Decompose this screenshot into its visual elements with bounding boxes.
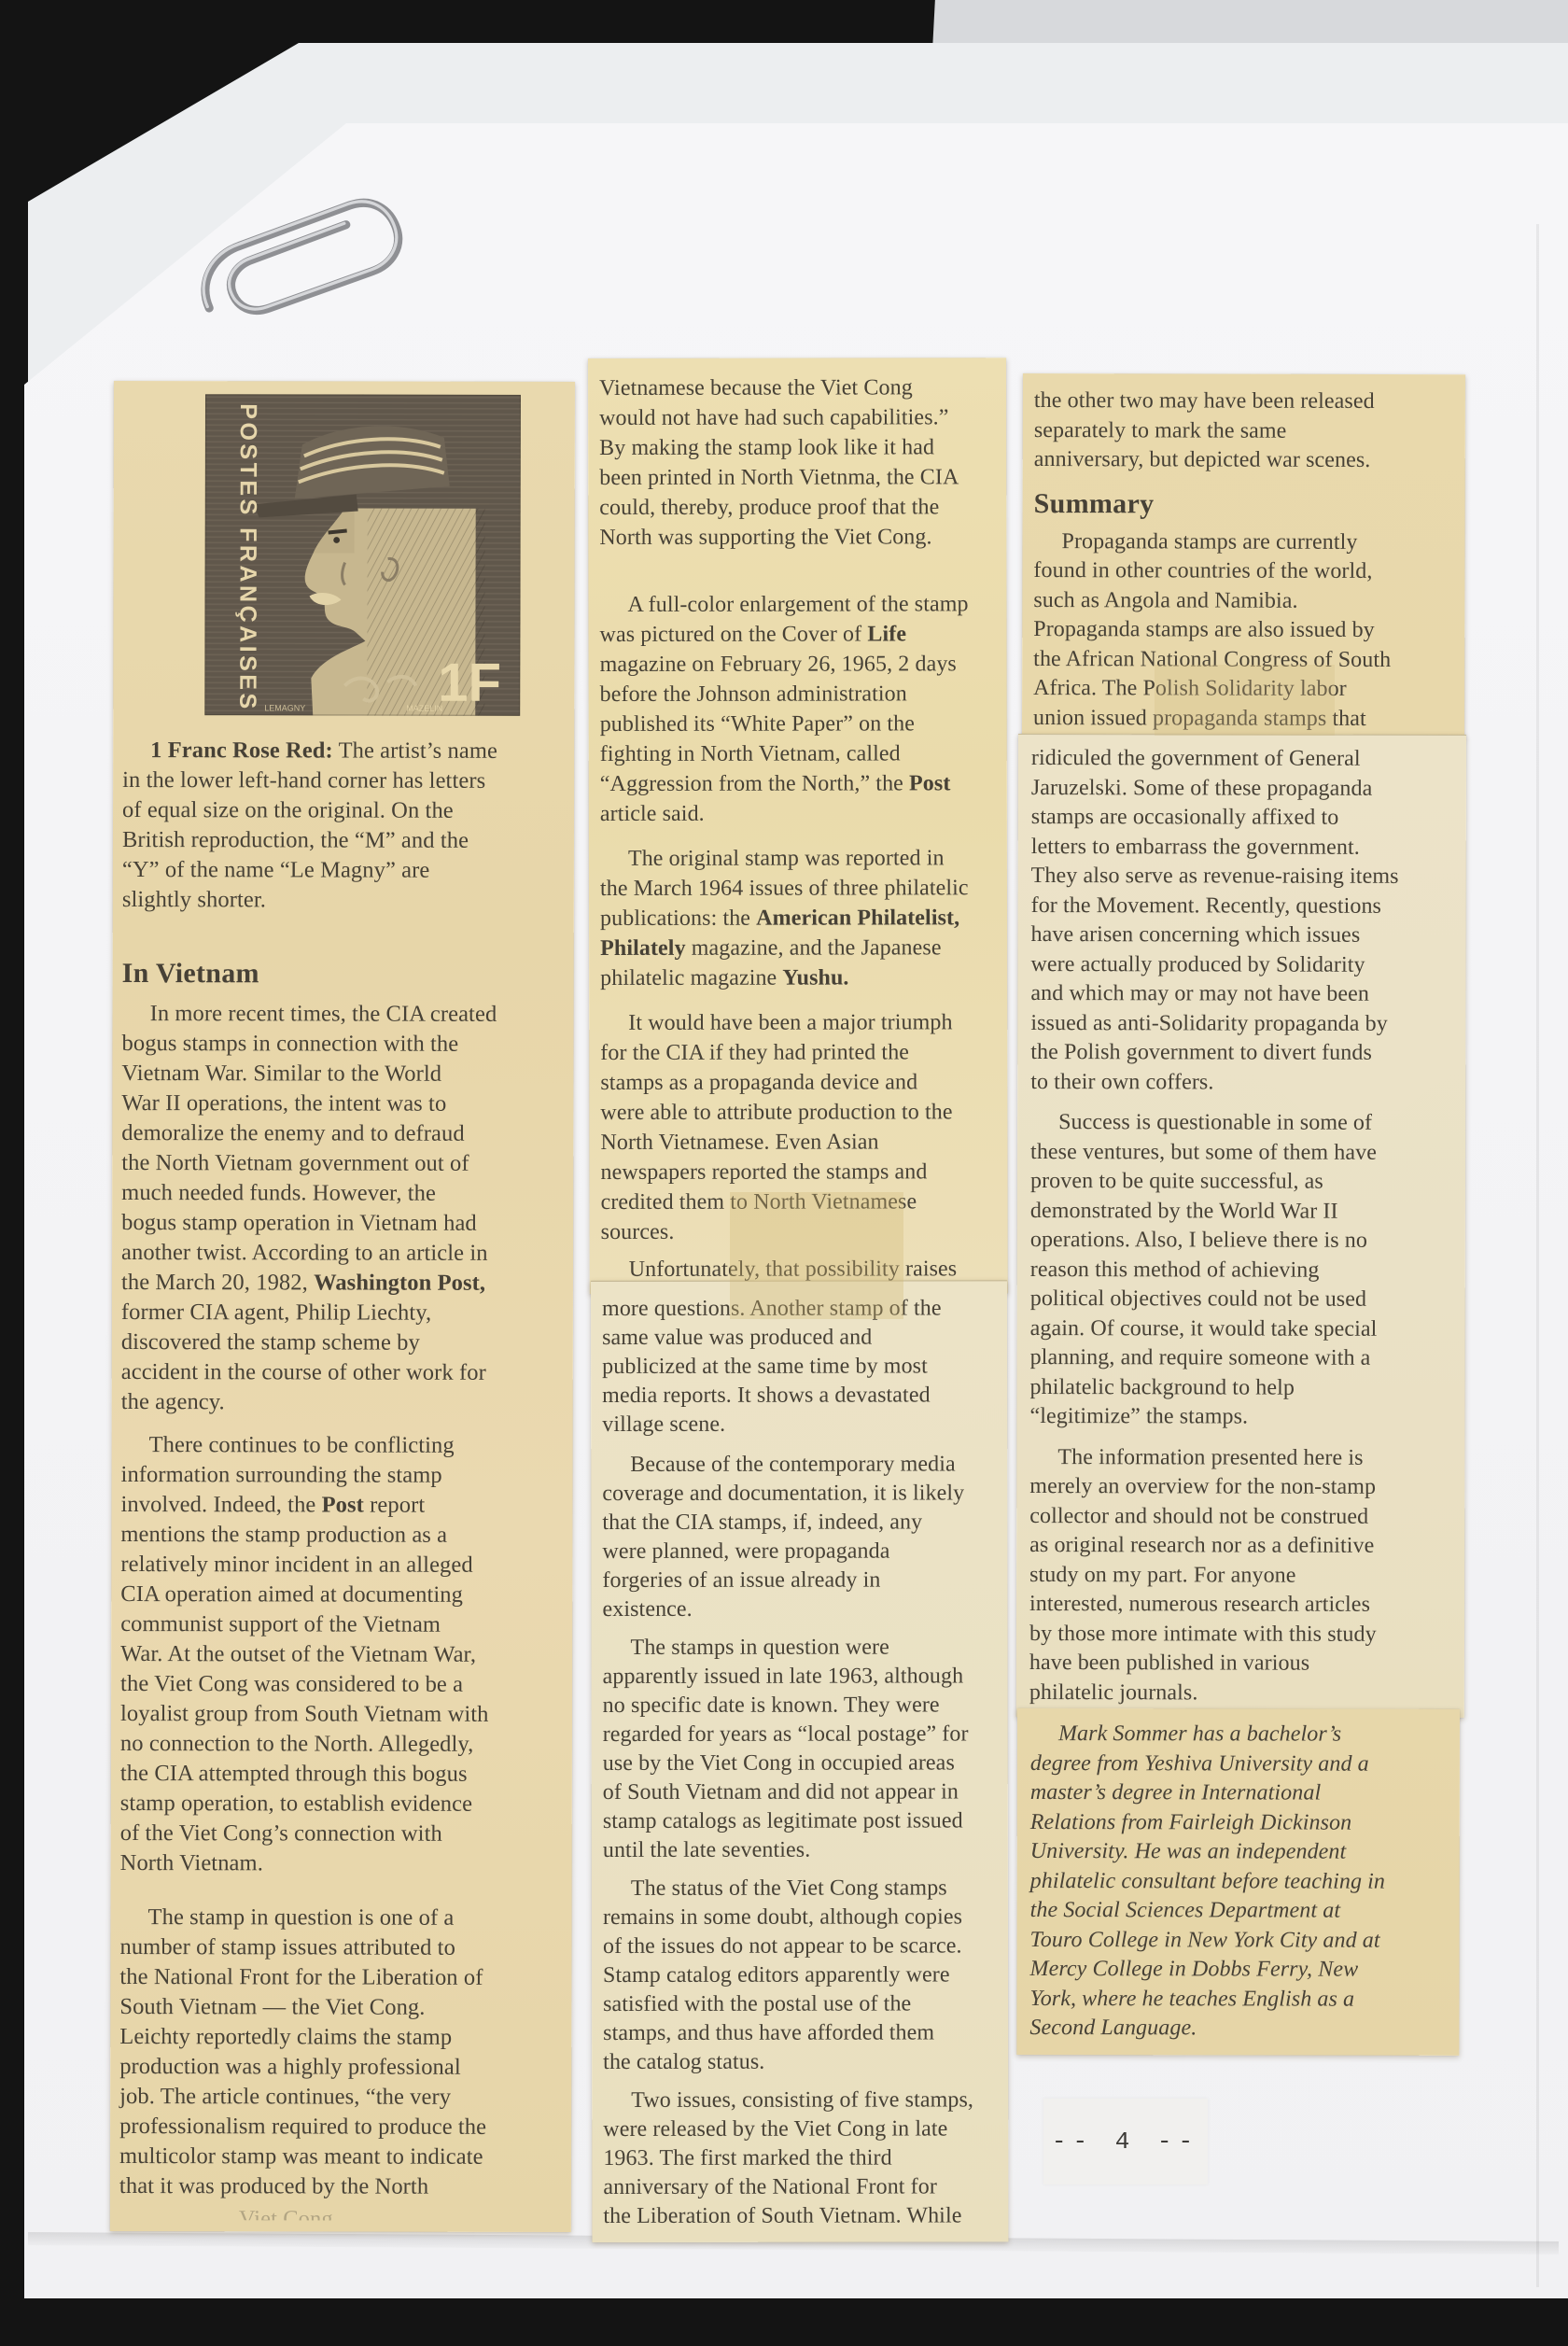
paragraph: Success is questionable in some ofthese … [1029,1108,1456,1432]
paragraph: Two issues, consisting of five stamps,we… [603,2086,1001,2231]
stamp-caption: 1 Franc Rose Red: The artist’s namein th… [122,736,565,916]
paragraph: more questions. Another stamp of thesame… [602,1294,1000,1440]
clipping-middle-column-top: Vietnamese because the Viet Congwould no… [588,358,1008,1294]
paragraph: Vietnamese because the Viet Congwould no… [599,372,999,553]
stamp-engraver-right: MAZELIN [406,704,442,713]
heading-in-vietnam: In Vietnam [122,956,565,992]
paragraph: In more recent times, the CIA createdbog… [121,999,565,1418]
stamp-engraver-left: LEMAGNY [264,703,305,712]
heading-summary: Summary [1034,486,1456,523]
clipping-middle-column-bottom: more questions. Another stamp of thesame… [591,1280,1008,2242]
paragraph: It would have been a major triumphfor th… [600,1007,1000,1247]
clipping-right-column-main: ridiculed the government of GeneralJaruz… [1016,734,1466,1718]
paragraph: ridiculed the government of GeneralJaruz… [1030,744,1457,1098]
scanned-page: POSTES FRANÇAISES 1F LEMAGNY MAZELIN 1 F… [0,0,1568,2346]
stamp-image: POSTES FRANÇAISES 1F LEMAGNY MAZELIN [204,394,521,716]
cut-off-text-fragment: Viet Cong [239,2204,562,2221]
paragraph: A full-color enlargement of the stampwas… [599,589,999,829]
author-bio: Mark Sommer has a bachelor’sdegree from … [1029,1720,1450,2044]
paragraph: The stamps in question wereapparently is… [603,1633,1001,1865]
paragraph: There continues to be conflictinginforma… [120,1430,564,1879]
paragraph: The information presented here ismerely … [1029,1443,1456,1708]
stamp-denomination: 1F [438,653,501,713]
clipping-right-column-top: the other two may have been releasedsepa… [1022,373,1465,739]
page-number-slip: -- 4 -- [1043,2099,1208,2184]
clipping-author-bio: Mark Sommer has a bachelor’sdegree from … [1016,1708,1460,2055]
paragraph: the other two may have been releasedsepa… [1034,386,1456,476]
stamp-inscription: POSTES FRANÇAISES [234,403,261,711]
clipping-left-column: POSTES FRANÇAISES 1F LEMAGNY MAZELIN 1 F… [110,381,575,2232]
sheet-edge-line [1536,224,1539,2287]
paragraph: The status of the Viet Cong stampsremain… [603,1874,1001,2077]
page-number: -- 4 -- [1052,2128,1199,2156]
paragraph: Because of the contemporary mediacoverag… [602,1450,1000,1624]
paragraph: The stamp in question is one of anumber … [119,1903,563,2202]
paragraph: Propaganda stamps are currentlyfound in … [1033,527,1456,735]
paragraph: The original stamp was reported inthe Ma… [600,843,1000,993]
